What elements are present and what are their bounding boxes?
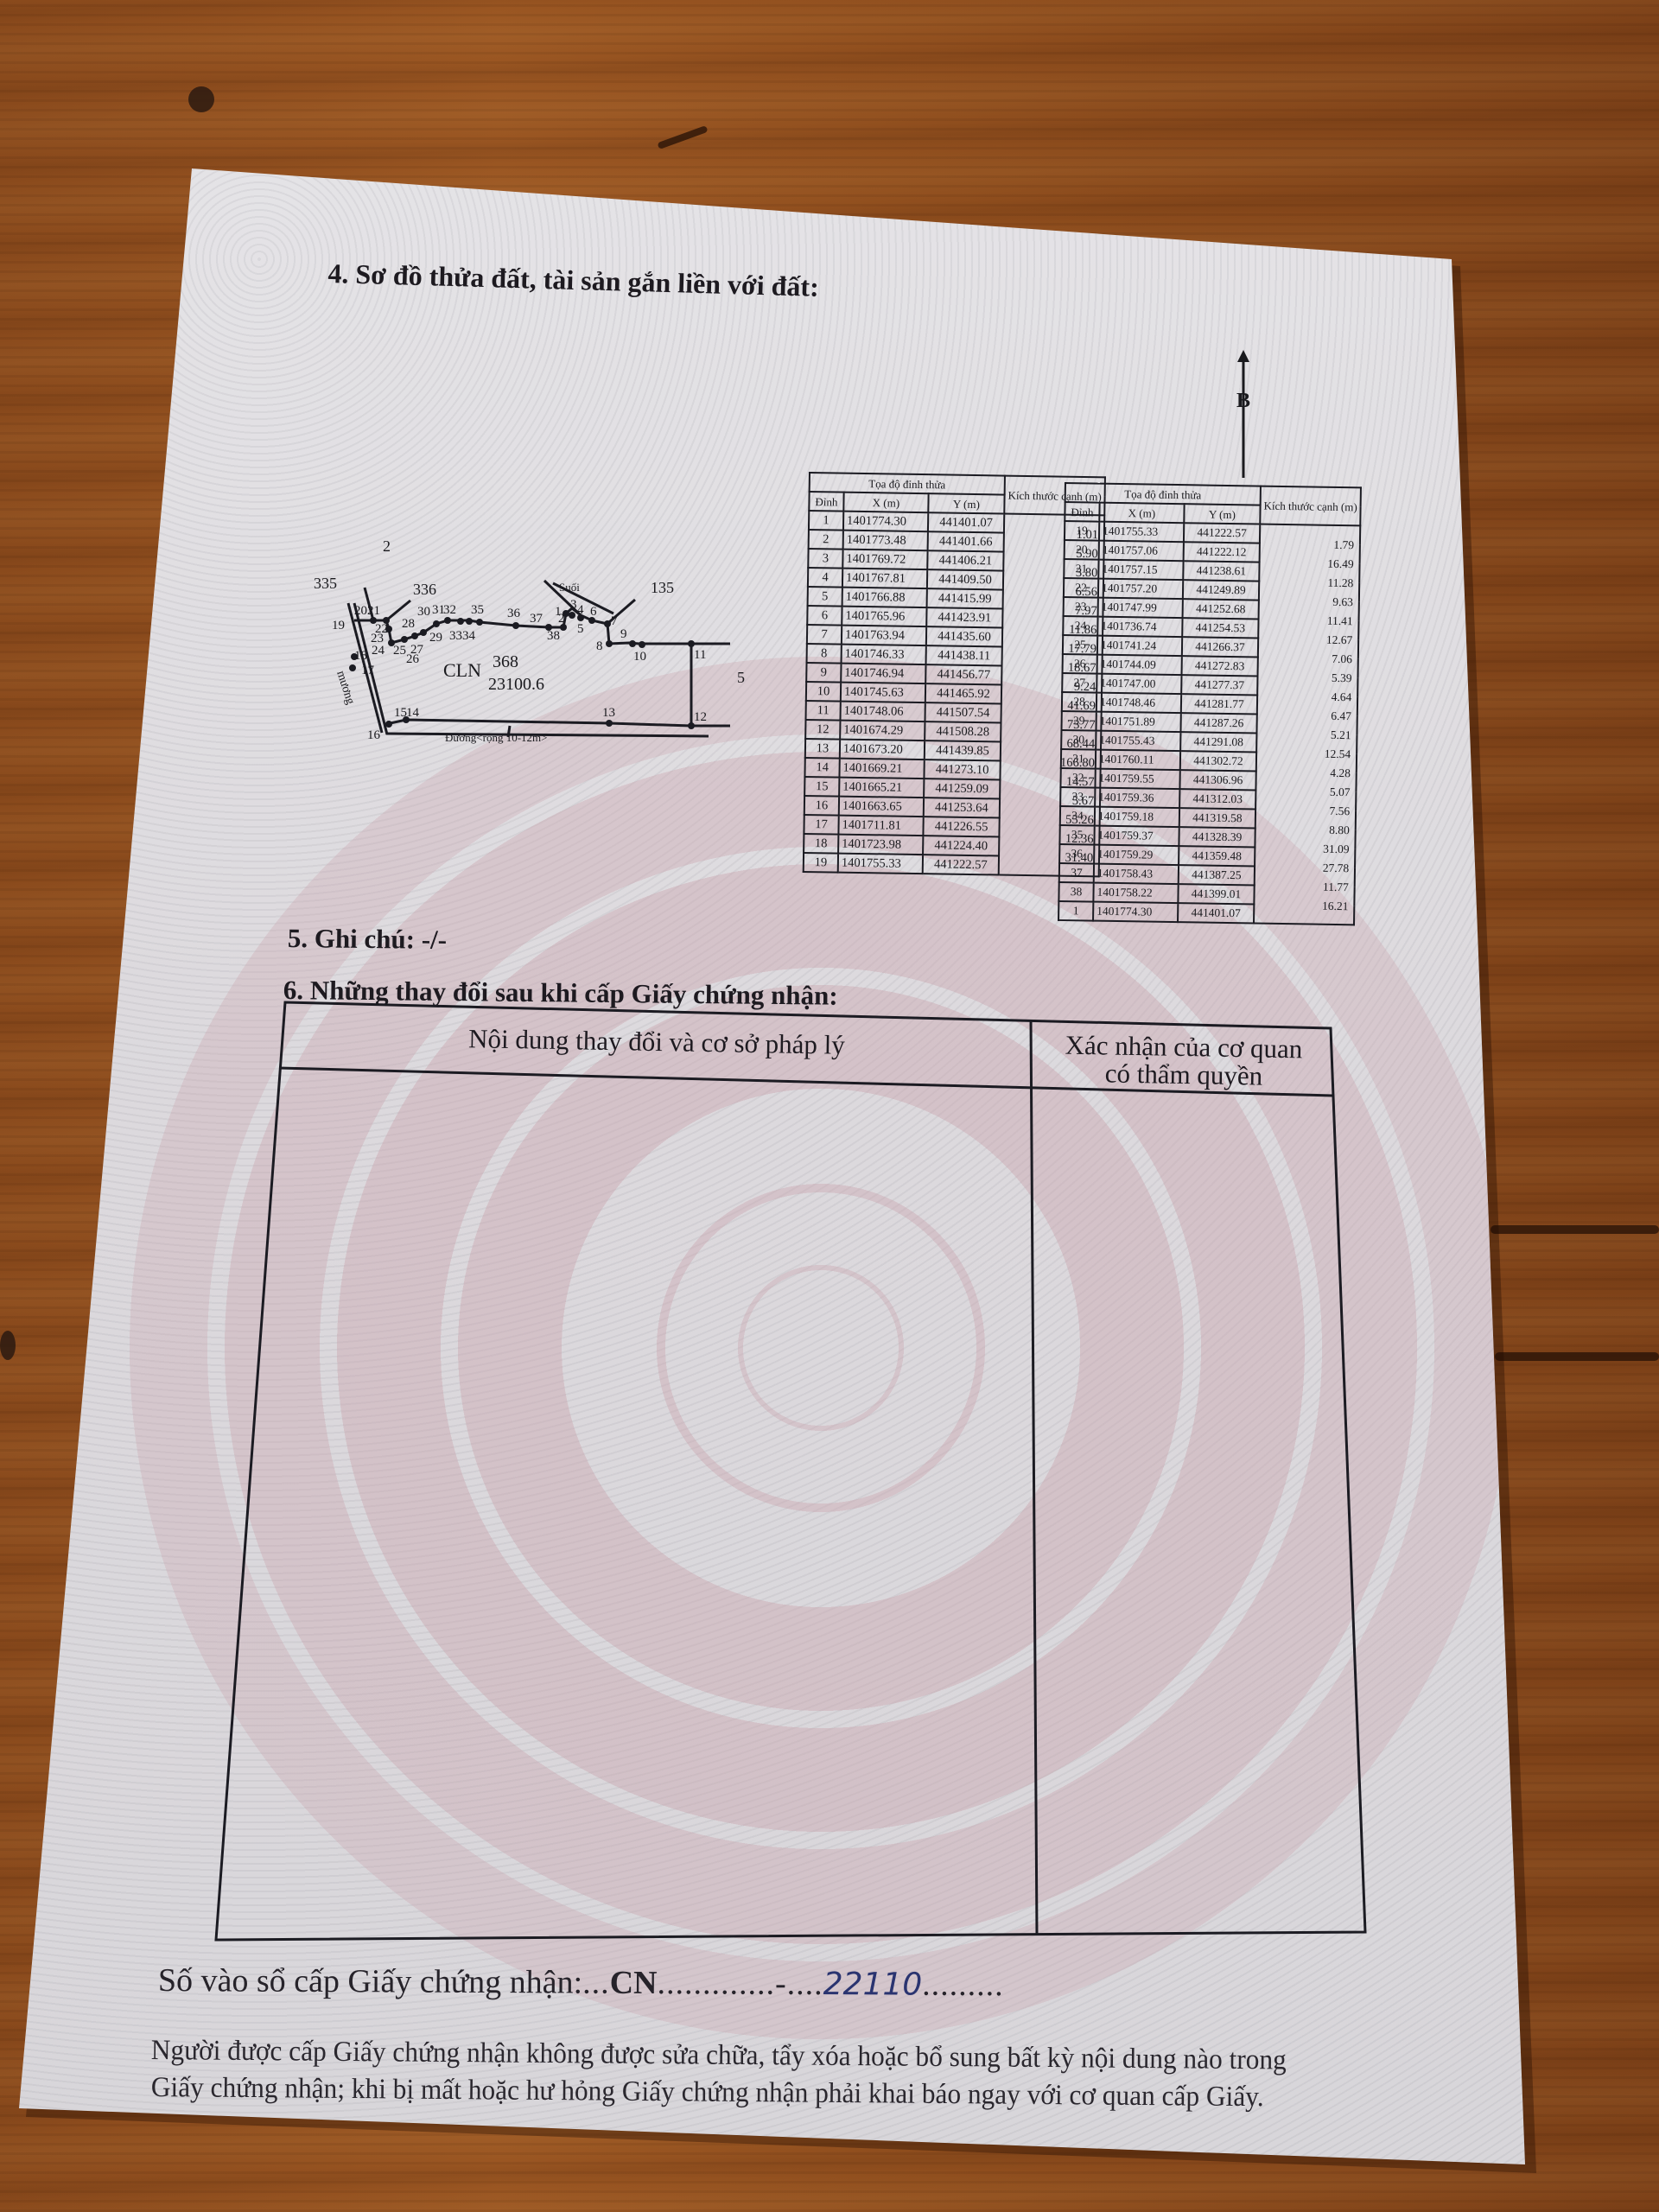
vertex-cell: 24 xyxy=(1063,616,1097,636)
y-cell: 441435.60 xyxy=(926,626,1002,646)
vertex-cell: 38 xyxy=(1058,882,1093,902)
parcel-outline: 2 335 336 135 5 Suối Đường<rộng 10-12m> … xyxy=(302,518,752,760)
svg-text:6: 6 xyxy=(590,605,597,619)
svg-text:16: 16 xyxy=(367,728,381,742)
y-cell: 441401.07 xyxy=(928,512,1004,532)
y-cell: 441507.54 xyxy=(925,702,1001,722)
coord-table-right: Tọa độ đỉnh thửa Kích thước cạnh (m) Đỉn… xyxy=(1058,482,1362,925)
section4-title: 4. Sơ đồ thửa đất, tài sản gắn liền với … xyxy=(327,257,819,303)
x-cell: 1401747.99 xyxy=(1098,598,1183,619)
table-row: 11401774.30441401.0716.21 xyxy=(1058,901,1354,925)
svg-text:35: 35 xyxy=(471,603,484,617)
x-cell: 1401663.65 xyxy=(839,797,924,817)
vertex-cell: 35 xyxy=(1059,825,1094,845)
vertex-cell: 2 xyxy=(809,530,843,550)
y-cell: 441302.72 xyxy=(1180,751,1256,771)
parcel-diagram: 2 335 336 135 5 Suối Đường<rộng 10-12m> … xyxy=(302,518,752,760)
y-cell: 441224.40 xyxy=(923,836,999,855)
x-cell: 1401757.15 xyxy=(1098,560,1183,581)
x-cell: 1401758.43 xyxy=(1094,864,1179,885)
svg-text:5: 5 xyxy=(577,622,584,636)
x-cell: 1401773.48 xyxy=(843,531,928,551)
vertex-cell: 21 xyxy=(1064,559,1098,579)
vertex-cell: 31 xyxy=(1061,749,1096,769)
x-cell: 1401747.00 xyxy=(1096,674,1181,695)
edge-length-value: 4.28 xyxy=(1330,766,1351,779)
svg-text:34: 34 xyxy=(462,629,476,643)
changes-col2-header-line2: có thẩm quyền xyxy=(1037,1058,1332,1091)
svg-text:4: 4 xyxy=(577,603,584,617)
y-cell: 441423.91 xyxy=(926,607,1002,627)
y-cell: 441508.28 xyxy=(925,721,1001,741)
x-cell: 1401745.63 xyxy=(841,683,925,703)
vertex-cell: 20 xyxy=(1065,540,1099,560)
edge-length-value: 12.54 xyxy=(1325,747,1351,760)
svg-text:10: 10 xyxy=(633,650,646,664)
vertex-cell: 6 xyxy=(807,606,842,626)
y-cell: 441266.37 xyxy=(1182,637,1258,657)
y-cell: 441359.48 xyxy=(1179,846,1255,866)
svg-text:25: 25 xyxy=(393,644,406,658)
svg-text:21: 21 xyxy=(367,604,380,618)
edge-length-value: 16.49 xyxy=(1327,557,1354,570)
edge-length-value: 5.21 xyxy=(1331,728,1351,741)
changes-table xyxy=(0,0,1659,2212)
vertex-cell: 8 xyxy=(807,644,842,664)
vertex-cell: 13 xyxy=(805,739,840,759)
vertex-cell: 33 xyxy=(1060,787,1095,807)
x-cell: 1401673.20 xyxy=(840,740,925,760)
y-cell: 441273.10 xyxy=(924,760,1000,779)
svg-text:30: 30 xyxy=(417,605,430,619)
y-cell: 441249.89 xyxy=(1183,580,1259,600)
y-cell: 441254.53 xyxy=(1182,618,1258,638)
svg-text:23100.6: 23100.6 xyxy=(488,675,544,694)
x-cell: 1401757.20 xyxy=(1098,579,1183,600)
x-cell: 1401746.94 xyxy=(841,664,925,684)
vertex-cell: 7 xyxy=(807,625,842,645)
x-cell: 1401774.30 xyxy=(1093,902,1178,923)
vertex-cell: 1 xyxy=(1058,901,1093,921)
vertex-header: Đỉnh xyxy=(1065,502,1099,522)
edge-length-value: 16.21 xyxy=(1322,899,1349,912)
svg-text:11: 11 xyxy=(694,648,706,662)
y-cell: 441387.25 xyxy=(1179,865,1255,885)
vertex-cell: 32 xyxy=(1060,768,1095,788)
x-cell: 1401759.36 xyxy=(1095,788,1179,809)
y-cell: 441222.57 xyxy=(1184,523,1260,543)
x-cell: 1401755.43 xyxy=(1096,731,1180,752)
y-cell: 441406.21 xyxy=(927,550,1003,570)
x-cell: 1401759.18 xyxy=(1095,807,1179,828)
vertex-cell: 37 xyxy=(1059,863,1094,883)
edge-length-value: 5.07 xyxy=(1330,785,1351,798)
edge-length-value: 9.63 xyxy=(1332,595,1353,608)
svg-text:CLN: CLN xyxy=(443,659,481,681)
vertex-cell: 36 xyxy=(1059,844,1094,864)
x-cell: 1401748.46 xyxy=(1096,693,1181,714)
vertex-cell: 19 xyxy=(1065,521,1099,541)
x-header: X (m) xyxy=(1099,503,1184,524)
vertex-cell: 16 xyxy=(804,796,839,816)
svg-text:27: 27 xyxy=(410,643,424,657)
vertex-cell: 1 xyxy=(809,511,843,531)
svg-text:12: 12 xyxy=(694,710,707,724)
vertex-cell: 4 xyxy=(808,568,842,588)
vertex-cell: 28 xyxy=(1062,692,1096,712)
x-cell: 1401748.06 xyxy=(840,702,925,722)
edge-length-value: 7.56 xyxy=(1329,804,1350,817)
y-cell: 441465.92 xyxy=(925,683,1001,703)
x-cell: 1401755.33 xyxy=(838,854,923,874)
svg-text:336: 336 xyxy=(413,581,436,598)
y-cell: 441291.08 xyxy=(1180,732,1256,752)
edge-length-value: 4.64 xyxy=(1332,690,1352,703)
svg-text:24: 24 xyxy=(372,644,385,658)
x-cell: 1401674.29 xyxy=(840,721,925,741)
svg-text:20: 20 xyxy=(354,604,367,618)
x-cell: 1401766.88 xyxy=(842,588,927,608)
vertex-cell: 14 xyxy=(804,758,839,778)
svg-text:335: 335 xyxy=(314,575,337,592)
edge-length-value: 31.09 xyxy=(1323,842,1350,855)
y-cell: 441253.64 xyxy=(924,798,1000,817)
y-cell: 441409.50 xyxy=(927,569,1003,589)
y-cell: 441401.07 xyxy=(1178,903,1254,923)
x-cell: 1401759.55 xyxy=(1095,769,1179,790)
edge-length-value: 8.80 xyxy=(1329,823,1350,836)
y-cell: 441252.68 xyxy=(1183,599,1259,619)
y-header: Y (m) xyxy=(1184,504,1260,524)
vertex-cell: 23 xyxy=(1064,597,1098,617)
y-cell: 441401.66 xyxy=(928,531,1004,551)
table-row: 191401755.33441222.5731.40 xyxy=(804,853,1099,876)
y-cell: 441319.58 xyxy=(1179,808,1255,828)
vertex-cell: 19 xyxy=(804,853,838,873)
edge-length-value: 11.41 xyxy=(1327,614,1353,627)
x-cell: 1401767.81 xyxy=(842,569,927,589)
svg-text:B: B xyxy=(1236,390,1250,412)
edge-length-value: 6.47 xyxy=(1331,709,1351,722)
x-cell: 1401746.33 xyxy=(842,645,926,665)
edge-length-header: Kích thước cạnh (m) xyxy=(1260,486,1361,526)
x-cell: 1401757.06 xyxy=(1099,541,1184,562)
x-cell: 1401758.22 xyxy=(1093,883,1178,904)
vertex-cell: 12 xyxy=(805,720,840,740)
vertex-cell: 17 xyxy=(804,815,838,835)
edge-length-value: 7.06 xyxy=(1332,652,1352,665)
warning-line-1: Người được cấp Giấy chứng nhận không đượ… xyxy=(151,2035,1287,2076)
x-cell: 1401769.72 xyxy=(842,550,927,570)
y-cell: 441222.57 xyxy=(923,855,999,874)
y-cell: 441415.99 xyxy=(927,588,1003,608)
x-cell: 1401760.11 xyxy=(1096,750,1180,771)
x-cell: 1401744.09 xyxy=(1097,655,1182,676)
warning-line-2: Giấy chứng nhận; khi bị mất hoặc hư hỏng… xyxy=(151,2072,1264,2113)
svg-text:5: 5 xyxy=(737,669,745,686)
svg-text:14: 14 xyxy=(406,706,420,720)
section5-title: 5. Ghi chú: -/- xyxy=(288,923,448,956)
svg-text:37: 37 xyxy=(530,612,543,626)
svg-text:2: 2 xyxy=(383,537,391,555)
svg-text:368: 368 xyxy=(493,652,518,671)
svg-text:38: 38 xyxy=(547,629,560,643)
y-cell: 441281.77 xyxy=(1181,694,1257,714)
edge-length-value: 12.67 xyxy=(1326,633,1353,646)
svg-text:32: 32 xyxy=(443,603,456,617)
y-cell: 441277.37 xyxy=(1181,675,1257,695)
svg-text:mương: mương xyxy=(334,670,357,707)
y-cell: 441226.55 xyxy=(923,817,999,836)
x-cell: 1401665.21 xyxy=(839,778,924,798)
registry-number: 22110 xyxy=(823,1967,923,2003)
x-cell: 1401763.94 xyxy=(842,626,926,646)
vertex-cell: 18 xyxy=(804,834,838,854)
svg-text:Suối: Suối xyxy=(559,581,580,594)
vertex-cell: 30 xyxy=(1061,730,1096,750)
vertex-cell: 22 xyxy=(1064,578,1098,598)
north-arrow-icon: B xyxy=(1230,350,1256,480)
x-cell: 1401765.96 xyxy=(842,607,926,627)
x-cell: 1401759.37 xyxy=(1094,826,1179,847)
y-cell: 441438.11 xyxy=(926,645,1002,665)
vertex-cell: 5 xyxy=(808,587,842,607)
y-cell: 441306.96 xyxy=(1179,770,1255,790)
x-header: X (m) xyxy=(843,493,928,513)
vertex-cell: 11 xyxy=(805,701,840,721)
changes-col1-header: Nội dung thay đổi và cơ sở pháp lý xyxy=(372,1023,942,1061)
svg-text:19: 19 xyxy=(332,619,345,632)
registry-prefix: CN xyxy=(610,1965,658,2001)
x-cell: 1401669.21 xyxy=(839,759,924,779)
vertex-cell: 29 xyxy=(1061,711,1096,731)
svg-text:36: 36 xyxy=(507,607,521,620)
x-cell: 1401741.24 xyxy=(1097,636,1182,657)
svg-text:13: 13 xyxy=(602,706,615,720)
svg-text:9: 9 xyxy=(620,627,627,641)
section6-title: 6. Những thay đổi sau khi cấp Giấy chứng… xyxy=(283,975,838,1012)
svg-text:3: 3 xyxy=(570,598,577,612)
y-cell: 441259.09 xyxy=(924,779,1000,798)
svg-text:Đường<rộng 10-12m>: Đường<rộng 10-12m> xyxy=(445,731,548,744)
vertex-cell: 34 xyxy=(1060,806,1095,826)
svg-text:15: 15 xyxy=(394,706,407,720)
edge-length-value: 27.78 xyxy=(1323,861,1350,874)
edge-length-value: 11.77 xyxy=(1323,880,1349,893)
y-cell: 441399.01 xyxy=(1178,884,1254,904)
y-cell: 441222.12 xyxy=(1184,542,1260,562)
vertex-cell: 26 xyxy=(1063,654,1097,674)
vertex-cell: 27 xyxy=(1062,673,1096,693)
svg-text:18: 18 xyxy=(354,649,367,663)
edge-length-value: 5.39 xyxy=(1332,671,1352,684)
x-cell: 1401751.89 xyxy=(1096,712,1180,733)
svg-text:135: 135 xyxy=(651,579,674,596)
svg-text:8: 8 xyxy=(596,639,603,653)
vertex-cell: 15 xyxy=(804,777,839,797)
svg-text:2: 2 xyxy=(558,612,565,626)
svg-text:7: 7 xyxy=(611,614,618,628)
vertex-cell: 10 xyxy=(806,682,841,702)
y-header: Y (m) xyxy=(928,493,1004,513)
x-cell: 1401736.74 xyxy=(1097,617,1182,638)
svg-text:17: 17 xyxy=(361,664,375,677)
y-cell: 441272.83 xyxy=(1182,656,1258,676)
y-cell: 441456.77 xyxy=(925,664,1001,684)
edge-length-cell: 16.21 xyxy=(1254,905,1354,925)
edge-length-value: 1.79 xyxy=(1333,538,1354,551)
svg-text:33: 33 xyxy=(449,629,462,643)
y-cell: 441312.03 xyxy=(1179,789,1255,809)
registry-label: Số vào sổ cấp Giấy chứng nhận: xyxy=(158,1962,582,2001)
y-cell: 441238.61 xyxy=(1183,561,1259,581)
svg-text:29: 29 xyxy=(429,631,442,645)
svg-text:28: 28 xyxy=(402,617,415,631)
vertex-header: Đỉnh xyxy=(809,492,843,512)
y-cell: 441439.85 xyxy=(925,741,1001,760)
x-cell: 1401759.29 xyxy=(1094,845,1179,866)
certificate-content: 4. Sơ đồ thửa đất, tài sản gắn liền với … xyxy=(0,0,1659,2212)
vertex-cell: 25 xyxy=(1063,635,1097,655)
edge-length-value: 11.28 xyxy=(1327,576,1353,589)
vertex-cell: 9 xyxy=(806,663,841,683)
x-cell: 1401774.30 xyxy=(843,512,928,532)
x-cell: 1401723.98 xyxy=(838,835,923,855)
y-cell: 441287.26 xyxy=(1180,713,1256,733)
x-cell: 1401711.81 xyxy=(838,816,923,836)
vertex-cell: 3 xyxy=(808,549,842,569)
x-cell: 1401755.33 xyxy=(1099,522,1184,543)
certificate-registry-line: Số vào sổ cấp Giấy chứng nhận:...CN.....… xyxy=(158,1961,1004,2004)
y-cell: 441328.39 xyxy=(1179,827,1255,847)
